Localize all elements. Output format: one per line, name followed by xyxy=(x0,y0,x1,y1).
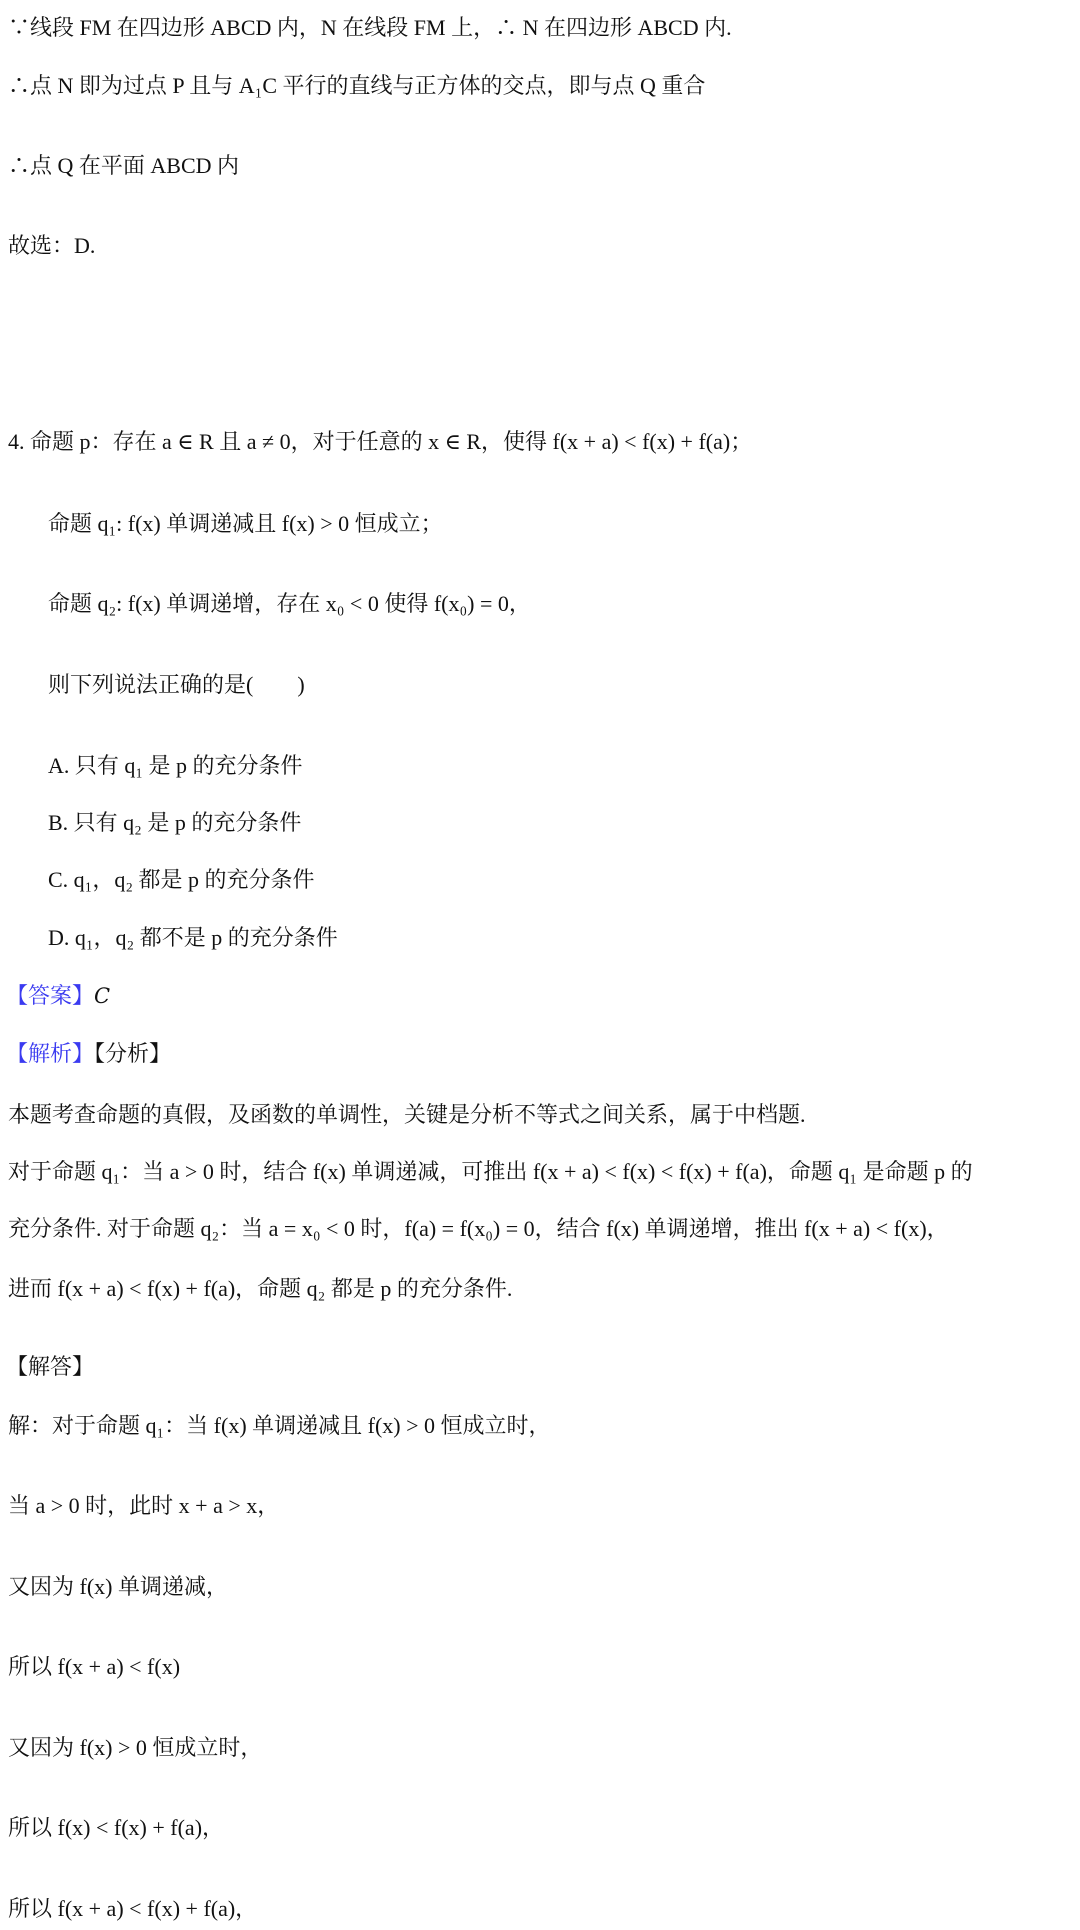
question-stem: 4. 命题 p：存在 a ∈ R 且 a ≠ 0，对于任意的 x ∈ R，使得 … xyxy=(8,427,752,457)
analysis-line-1: 本题考查命题的真假，及函数的单调性，关键是分析不等式之间关系，属于中档题. xyxy=(8,1100,806,1130)
proposition-q2: 命题 q₂: f(x) 单调递增，存在 x₀ < 0 使得 f(x₀) = 0， xyxy=(48,589,531,619)
proposition-q1: 命题 q₁: f(x) 单调递减且 f(x) > 0 恒成立； xyxy=(48,509,443,539)
analysis-sub-label: 【分析】 xyxy=(94,1041,171,1066)
analysis-line-3: 充分条件. 对于命题 q₂：当 a = x₀ < 0 时，f(a) = f(x₀… xyxy=(8,1214,949,1244)
analysis-line-2: 对于命题 q₁：当 a > 0 时，结合 f(x) 单调递减，可推出 f(x +… xyxy=(8,1157,973,1187)
prev-solution-line-2: ∴点 N 即为过点 P 且与 A₁C 平行的直线与正方体的交点，即与点 Q 重合 xyxy=(8,71,705,101)
prev-solution-conclusion: 故选：D. xyxy=(8,231,95,261)
solution-line-3: 又因为 f(x) 单调递减， xyxy=(8,1572,228,1602)
solution-line-5: 又因为 f(x) > 0 恒成立时， xyxy=(8,1733,262,1763)
analysis-label: 【解析】 xyxy=(6,1041,94,1066)
option-a: A. 只有 q₁ 是 p 的充分条件 xyxy=(48,751,303,781)
answer-value: C xyxy=(94,984,110,1008)
answer-label: 【答案】 xyxy=(6,983,94,1008)
option-b: B. 只有 q₂ 是 p 的充分条件 xyxy=(48,808,301,838)
solution-line-1: 解：对于命题 q₁：当 f(x) 单调递减且 f(x) > 0 恒成立时， xyxy=(8,1411,551,1441)
analysis-header: 【解析】【分析】 xyxy=(6,1039,171,1069)
analysis-line-4: 进而 f(x + a) < f(x) + f(a)，命题 q₂ 都是 p 的充分… xyxy=(8,1274,512,1304)
solution-line-2: 当 a > 0 时，此时 x + a > x， xyxy=(8,1491,279,1521)
solution-line-6: 所以 f(x) < f(x) + f(a)， xyxy=(8,1813,224,1843)
prev-solution-line-3: ∴点 Q 在平面 ABCD 内 xyxy=(8,151,239,181)
question-prompt: 则下列说法正确的是( ) xyxy=(48,670,305,700)
option-d: D. q₁，q₂ 都不是 p 的充分条件 xyxy=(48,923,338,953)
solution-label: 【解答】 xyxy=(6,1352,94,1382)
solution-line-4: 所以 f(x + a) < f(x) xyxy=(8,1652,180,1682)
answer-row: 【答案】C xyxy=(6,981,110,1011)
option-c: C. q₁，q₂ 都是 p 的充分条件 xyxy=(48,865,315,895)
prev-solution-line-1: ∵线段 FM 在四边形 ABCD 内，N 在线段 FM 上，∴ N 在四边形 A… xyxy=(8,13,732,43)
solution-line-7: 所以 f(x + a) < f(x) + f(a)， xyxy=(8,1894,257,1924)
